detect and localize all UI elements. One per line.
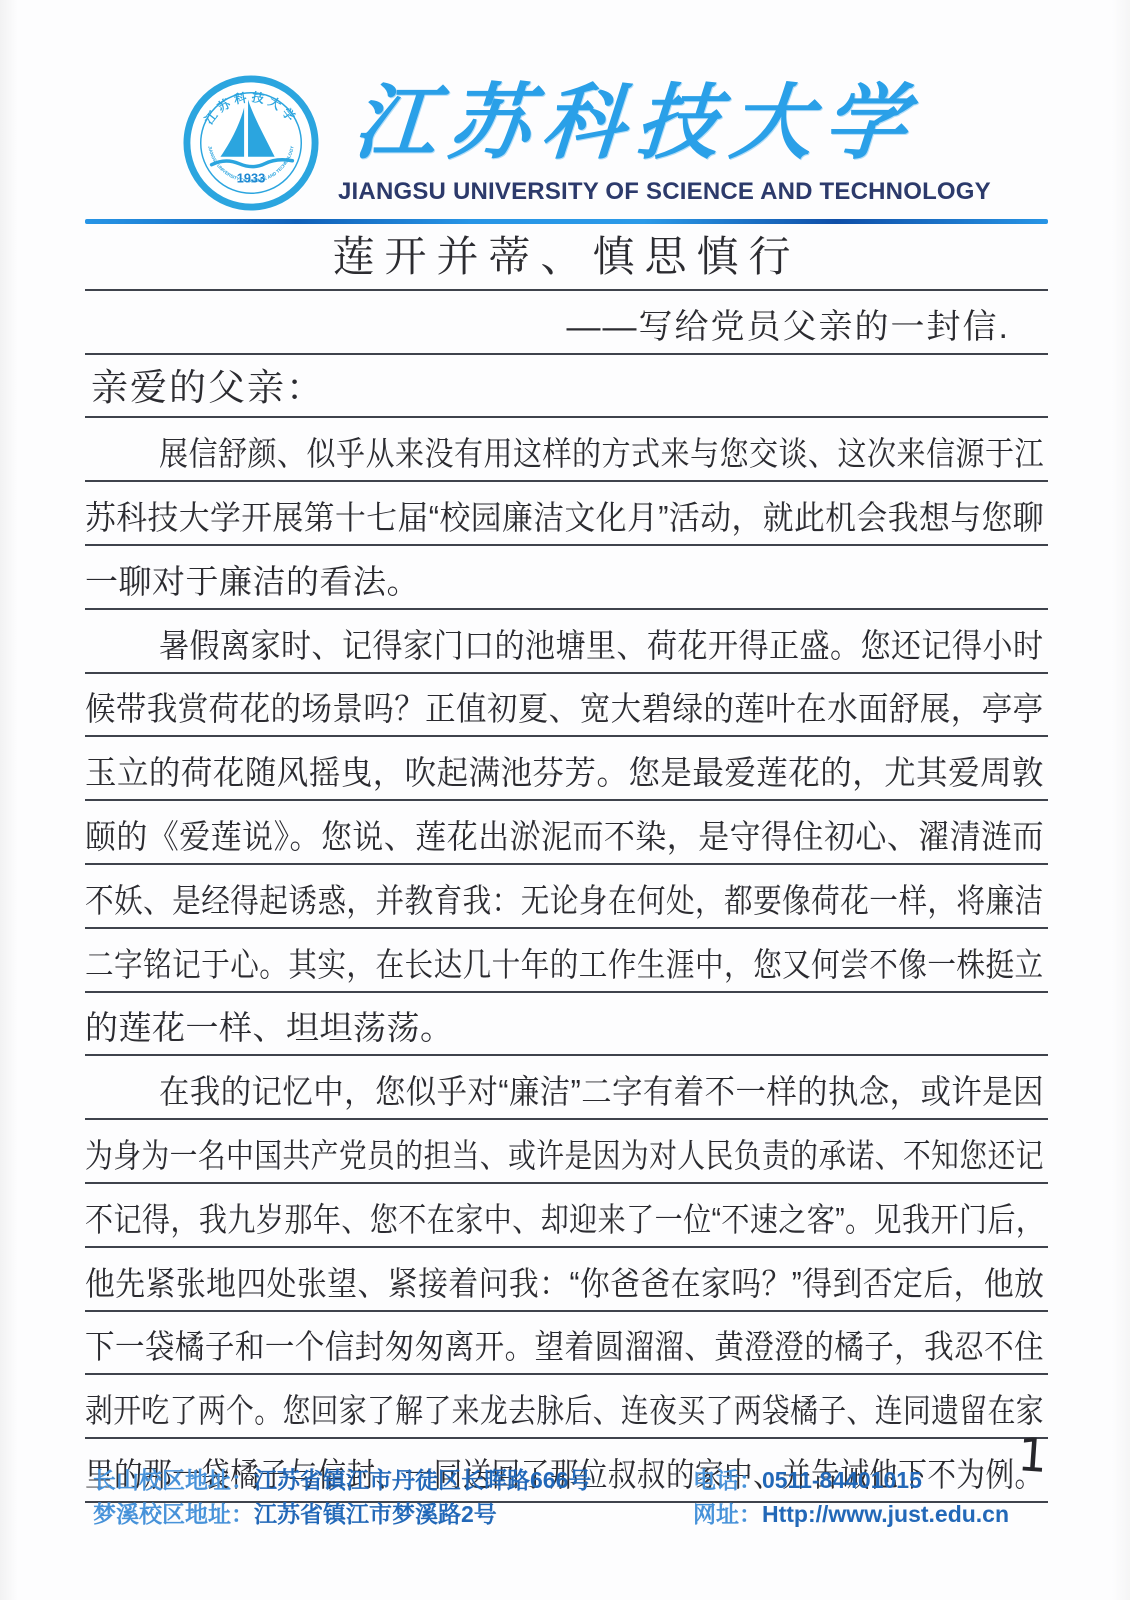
university-name-en: JIANGSU UNIVERSITY OF SCIENCE AND TECHNO… (338, 178, 934, 206)
letter-line-text: 颐的《爱莲说》。您说、莲花出淤泥而不染，是守得住初心、濯清涟而 (85, 811, 1044, 863)
letter-salutation: 亲爱的父亲： (85, 355, 1048, 419)
letter-line: 展信舒颜、似乎从来没有用这样的方式来与您交谈、这次来信源于江 (85, 418, 1048, 482)
letter-line-text: 下一袋橘子和一个信封匆匆离开。望着圆溜溜、黄澄澄的橘子，我忍不住 (85, 1321, 1044, 1373)
letter-line: 在我的记忆中，您似乎对“廉洁”二字有着不一样的执念，或许是因 (85, 1056, 1048, 1120)
letter-line-text: 苏科技大学开展第十七届“校园廉洁文化月”活动，就此机会我想与您聊 (85, 492, 1044, 544)
letter-line: 的莲花一样、坦坦荡荡。 (85, 993, 1048, 1057)
page-number: 1 (1016, 1427, 1049, 1483)
letter-line-text: 在我的记忆中，您似乎对“廉洁”二字有着不一样的执念，或许是因 (159, 1066, 1044, 1118)
phone-line: 电话：0511-84401015 (693, 1466, 1023, 1495)
letter-line-text: 不妖、是经得起诱惑，并教育我：无论身在何处，都要像荷花一样，将廉洁 (85, 875, 1044, 927)
university-logo: 江苏科技大学 JIANGSU UNIVERSITY OF SCIENCE AND… (182, 74, 320, 212)
university-name-zh: 江苏科技大学 (334, 72, 937, 176)
letter-line: 玉立的荷花随风摇曳，吹起满池芬芳。您是最爱莲花的，尤其爱周敦 (85, 737, 1048, 801)
website-label: 网址： (693, 1501, 762, 1527)
letter-line: 暑假离家时、记得家门口的池塘里、荷花开得正盛。您还记得小时 (85, 610, 1048, 674)
letter-line: 候带我赏荷花的场景吗？正值初夏、宽大碧绿的莲叶在水面舒展，亭亭 (85, 674, 1048, 738)
footer-contacts: 电话：0511-84401015 网址：Http://www.just.edu.… (693, 1466, 1023, 1529)
letter-page: 江苏科技大学 JIANGSU UNIVERSITY OF SCIENCE AND… (0, 0, 1130, 1600)
website-line: 网址：Http://www.just.edu.cn (693, 1500, 1023, 1529)
letter-line: 一聊对于廉洁的看法。 (85, 546, 1048, 610)
footer-addresses: 长山校区地址：江苏省镇江市丹徒区长晖路666号 梦溪校区地址：江苏省镇江市梦溪路… (93, 1466, 693, 1529)
campus-address-value: 江苏省镇江市梦溪路2号 (254, 1501, 497, 1527)
campus-address: 长山校区地址：江苏省镇江市丹徒区长晖路666号 (93, 1466, 693, 1495)
letter-line: 不妖、是经得起诱惑，并教育我：无论身在何处，都要像荷花一样，将廉洁 (85, 865, 1048, 929)
letter-line-text: 不记得，我九岁那年、您不在家中、却迎来了一位“不速之客”。见我开门后， (85, 1194, 1044, 1246)
letter-line-text: 亲爱的父亲： (91, 357, 325, 416)
letter-line-text: 玉立的荷花随风摇曳，吹起满池芬芳。您是最爱莲花的，尤其爱周敦 (85, 747, 1044, 799)
page-footer: 长山校区地址：江苏省镇江市丹徒区长晖路666号 梦溪校区地址：江苏省镇江市梦溪路… (93, 1466, 1053, 1529)
letter-line: 剥开吃了两个。您回家了解了来龙去脉后、连夜买了两袋橘子、连同遗留在家 (85, 1375, 1048, 1439)
letter-line-text: ——写给党员父亲的一封信. (567, 299, 1010, 353)
letter-line-text: 一聊对于廉洁的看法。 (85, 556, 420, 608)
letter-line: 他先紧张地四处张望、紧接着问我：“你爸爸在家吗？”得到否定后，他放 (85, 1248, 1048, 1312)
letter-line: 下一袋橘子和一个信封匆匆离开。望着圆溜溜、黄澄澄的橘子，我忍不住 (85, 1312, 1048, 1376)
letter-line: 为身为一名中国共产党员的担当、或许是因为对人民负责的承诺、不知您还记 (85, 1120, 1048, 1184)
letter-line-text: 展信舒颜、似乎从来没有用这样的方式来与您交谈、这次来信源于江 (159, 428, 1044, 480)
campus-address-label: 长山校区地址： (93, 1467, 254, 1493)
website-value: Http://www.just.edu.cn (762, 1501, 1009, 1527)
logo-year: 1933 (237, 170, 265, 185)
letter-line-text: 暑假离家时、记得家门口的池塘里、荷花开得正盛。您还记得小时 (159, 620, 1044, 672)
letter-line-text: 他先紧张地四处张望、紧接着问我：“你爸爸在家吗？”得到否定后，他放 (85, 1258, 1044, 1310)
letter-line: 苏科技大学开展第十七届“校园廉洁文化月”活动，就此机会我想与您聊 (85, 482, 1048, 546)
letter-line-text: 为身为一名中国共产党员的担当、或许是因为对人民负责的承诺、不知您还记 (85, 1130, 1044, 1182)
letter-line: 颐的《爱莲说》。您说、莲花出淤泥而不染，是守得住初心、濯清涟而 (85, 801, 1048, 865)
letter-line-text: 莲开并蒂、慎思慎行 (332, 224, 800, 289)
letter-line: 不记得，我九岁那年、您不在家中、却迎来了一位“不速之客”。见我开门后， (85, 1184, 1048, 1248)
letter-line-text: 的莲花一样、坦坦荡荡。 (85, 1002, 454, 1054)
letter-line-text: 候带我赏荷花的场景吗？正值初夏、宽大碧绿的莲叶在水面舒展，亭亭 (85, 683, 1044, 735)
letter-line: 二字铭记于心。其实，在长达几十年的工作生涯中，您又何尝不像一株挺立 (85, 929, 1048, 993)
letter-subtitle: ——写给党员父亲的一封信. (85, 291, 1048, 355)
letter-title: 莲开并蒂、慎思慎行 (85, 227, 1048, 291)
campus-address-value: 江苏省镇江市丹徒区长晖路666号 (254, 1467, 591, 1493)
letterhead: 江苏科技大学 JIANGSU UNIVERSITY OF SCIENCE AND… (338, 72, 934, 206)
campus-address: 梦溪校区地址：江苏省镇江市梦溪路2号 (93, 1500, 693, 1529)
letter-lines: 莲开并蒂、慎思慎行——写给党员父亲的一封信.亲爱的父亲：展信舒颜、似乎从来没有用… (85, 227, 1048, 1503)
letter-line-text: 剥开吃了两个。您回家了解了来龙去脉后、连夜买了两袋橘子、连同遗留在家 (85, 1385, 1044, 1437)
letter-line-text: 二字铭记于心。其实，在长达几十年的工作生涯中，您又何尝不像一株挺立 (85, 939, 1044, 991)
phone-value: 0511-84401015 (762, 1467, 922, 1493)
phone-label: 电话： (693, 1467, 762, 1493)
campus-address-label: 梦溪校区地址： (93, 1501, 254, 1527)
